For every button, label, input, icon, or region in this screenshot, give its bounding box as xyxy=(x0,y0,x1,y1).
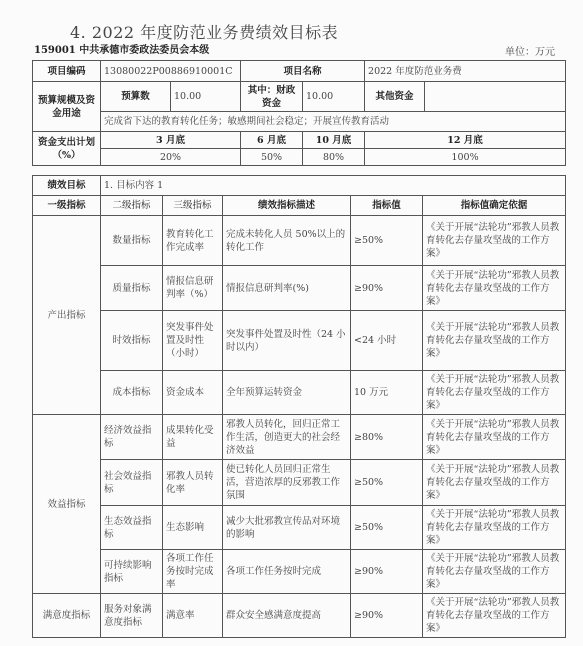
period-value: 100% xyxy=(365,149,566,166)
level2-cell: 成本指标 xyxy=(101,371,163,415)
indicator-table: 绩效目标 1. 目标内容 1 一级指标 二级指标 三级指标 绩效指标描述 指标值… xyxy=(32,175,566,638)
level3-cell: 突发事件处置及时性（小时） xyxy=(163,311,223,371)
level3-cell: 情报信息研判率（%） xyxy=(163,266,223,311)
value-cell: ≥50% xyxy=(351,460,423,506)
budget-label: 预算规模及资金用途 xyxy=(33,82,101,132)
period-label: 6 月底 xyxy=(241,132,303,149)
value-cell: ≥90% xyxy=(351,550,423,594)
level1-cell: 满意度指标 xyxy=(33,594,101,638)
project-name-value: 2022 年度防范业务费 xyxy=(365,61,566,82)
description-cell: 情报信息研判率(%) xyxy=(223,266,351,311)
period-value: 50% xyxy=(241,149,303,166)
table-row: 产出指标 数量指标 教育转化工作完成率 完成未转化人员 50%以上的转化工作 ≥… xyxy=(33,216,566,266)
value-cell: 10 万元 xyxy=(351,371,423,415)
project-name-label: 项目名称 xyxy=(241,61,365,82)
fiscal-funds-label: 其中：财政资金 xyxy=(241,82,303,112)
basis-cell: 《关于开展“法轮功”邪教人员教育转化去存量攻坚战的工作方案》 xyxy=(423,594,566,638)
basis-cell: 《关于开展“法轮功”邪教人员教育转化去存量攻坚战的工作方案》 xyxy=(423,216,566,266)
fiscal-funds-value: 10.00 xyxy=(303,82,365,112)
basis-cell: 《关于开展“法轮功”邪教人员教育转化去存量攻坚战的工作方案》 xyxy=(423,311,566,371)
table-row: 满意度指标 服务对象满意度指标 满意率 群众安全感满意度提高 ≥90% 《关于开… xyxy=(33,594,566,638)
page-title: 4. 2022 年度防范业务费绩效目标表 xyxy=(70,20,338,43)
level2-cell: 生态效益指标 xyxy=(101,506,163,550)
basis-cell: 《关于开展“法轮功”邪教人员教育转化去存量攻坚战的工作方案》 xyxy=(423,415,566,460)
budget-total-label: 预算数 xyxy=(101,82,171,112)
goal-label: 绩效目标 xyxy=(33,176,101,196)
value-cell: ≥50% xyxy=(351,506,423,550)
project-code-label: 项目编码 xyxy=(33,61,101,82)
period-label: 12 月底 xyxy=(365,132,566,149)
basis-cell: 《关于开展“法轮功”邪教人员教育转化去存量攻坚战的工作方案》 xyxy=(423,550,566,594)
basis-cell: 《关于开展“法轮功”邪教人员教育转化去存量攻坚战的工作方案》 xyxy=(423,266,566,311)
level3-cell: 教育转化工作完成率 xyxy=(163,216,223,266)
description-cell: 全年预算运转资金 xyxy=(223,371,351,415)
level2-cell: 经济效益指标 xyxy=(101,415,163,460)
description-cell: 群众安全感满意度提高 xyxy=(223,594,351,638)
value-cell: ≥90% xyxy=(351,266,423,311)
period-value: 20% xyxy=(101,149,241,166)
value-cell: ≥90% xyxy=(351,594,423,638)
value-cell: <24 小时 xyxy=(351,311,423,371)
level2-cell: 服务对象满意度指标 xyxy=(101,594,163,638)
unit-label: 单位：万元 xyxy=(505,43,555,58)
table-row: 时效指标 突发事件处置及时性（小时） 突发事件处置及时性（24 小时以内） <2… xyxy=(33,311,566,371)
budget-usage: 完成省下达的教育转化任务；敏感期间社会稳定；开展宣传教育活动 xyxy=(101,112,566,132)
project-info-table: 项目编码 13080022P00886910001C 项目名称 2022 年度防… xyxy=(32,60,566,166)
level2-cell: 可持续影响指标 xyxy=(101,550,163,594)
table-row: 社会效益指标 邪教人员转化率 使已转化人员回归正常生活，营造浓厚的反邪教工作氛围… xyxy=(33,460,566,506)
project-code-value: 13080022P00886910001C xyxy=(101,61,241,82)
basis-cell: 《关于开展“法轮功”邪教人员教育转化去存量攻坚战的工作方案》 xyxy=(423,506,566,550)
level1-cell: 效益指标 xyxy=(33,415,101,594)
basis-cell: 《关于开展“法轮功”邪教人员教育转化去存量攻坚战的工作方案》 xyxy=(423,460,566,506)
period-label: 3 月底 xyxy=(101,132,241,149)
header-basis: 指标值确定依据 xyxy=(423,196,566,216)
period-label: 10 月底 xyxy=(303,132,365,149)
header-level1: 一级指标 xyxy=(33,196,101,216)
level2-cell: 社会效益指标 xyxy=(101,460,163,506)
period-value: 80% xyxy=(303,149,365,166)
organization-label: 159001 中共承德市委政法委员会本级 xyxy=(34,41,209,56)
description-cell: 减少大批邪教宣传品对环境的影响 xyxy=(223,506,351,550)
basis-cell: 《关于开展“法轮功”邪教人员教育转化去存量攻坚战的工作方案》 xyxy=(423,371,566,415)
table-row: 效益指标 经济效益指标 成果转化受益 邪教人员转化，回归正常工作生活，创造更大的… xyxy=(33,415,566,460)
level3-cell: 满意率 xyxy=(163,594,223,638)
level3-cell: 生态影响 xyxy=(163,506,223,550)
description-cell: 完成未转化人员 50%以上的转化工作 xyxy=(223,216,351,266)
level2-cell: 数量指标 xyxy=(101,216,163,266)
spending-plan-label: 资金支出计划（%） xyxy=(33,132,101,166)
description-cell: 突发事件处置及时性（24 小时以内） xyxy=(223,311,351,371)
other-funds-label: 其他资金 xyxy=(365,82,425,112)
header-description: 绩效指标描述 xyxy=(223,196,351,216)
level3-cell: 资金成本 xyxy=(163,371,223,415)
table-row: 质量指标 情报信息研判率（%） 情报信息研判率(%) ≥90% 《关于开展“法轮… xyxy=(33,266,566,311)
other-funds-value xyxy=(425,82,566,112)
value-cell: ≥50% xyxy=(351,216,423,266)
header-level2: 二级指标 xyxy=(101,196,163,216)
table-row: 成本指标 资金成本 全年预算运转资金 10 万元 《关于开展“法轮功”邪教人员教… xyxy=(33,371,566,415)
description-cell: 各项工作任务按时完成 xyxy=(223,550,351,594)
header-value: 指标值 xyxy=(351,196,423,216)
level3-cell: 邪教人员转化率 xyxy=(163,460,223,506)
goal-content: 1. 目标内容 1 xyxy=(101,176,566,196)
table-row: 生态效益指标 生态影响 减少大批邪教宣传品对环境的影响 ≥50% 《关于开展“法… xyxy=(33,506,566,550)
description-cell: 邪教人员转化，回归正常工作生活，创造更大的社会经济效益 xyxy=(223,415,351,460)
level3-cell: 各项工作任务按时完成率 xyxy=(163,550,223,594)
level3-cell: 成果转化受益 xyxy=(163,415,223,460)
header-level3: 三级指标 xyxy=(163,196,223,216)
budget-total-value: 10.00 xyxy=(171,82,241,112)
level2-cell: 质量指标 xyxy=(101,266,163,311)
level2-cell: 时效指标 xyxy=(101,311,163,371)
level1-cell: 产出指标 xyxy=(33,216,101,415)
table-row: 可持续影响指标 各项工作任务按时完成率 各项工作任务按时完成 ≥90% 《关于开… xyxy=(33,550,566,594)
description-cell: 使已转化人员回归正常生活，营造浓厚的反邪教工作氛围 xyxy=(223,460,351,506)
value-cell: ≥80% xyxy=(351,415,423,460)
